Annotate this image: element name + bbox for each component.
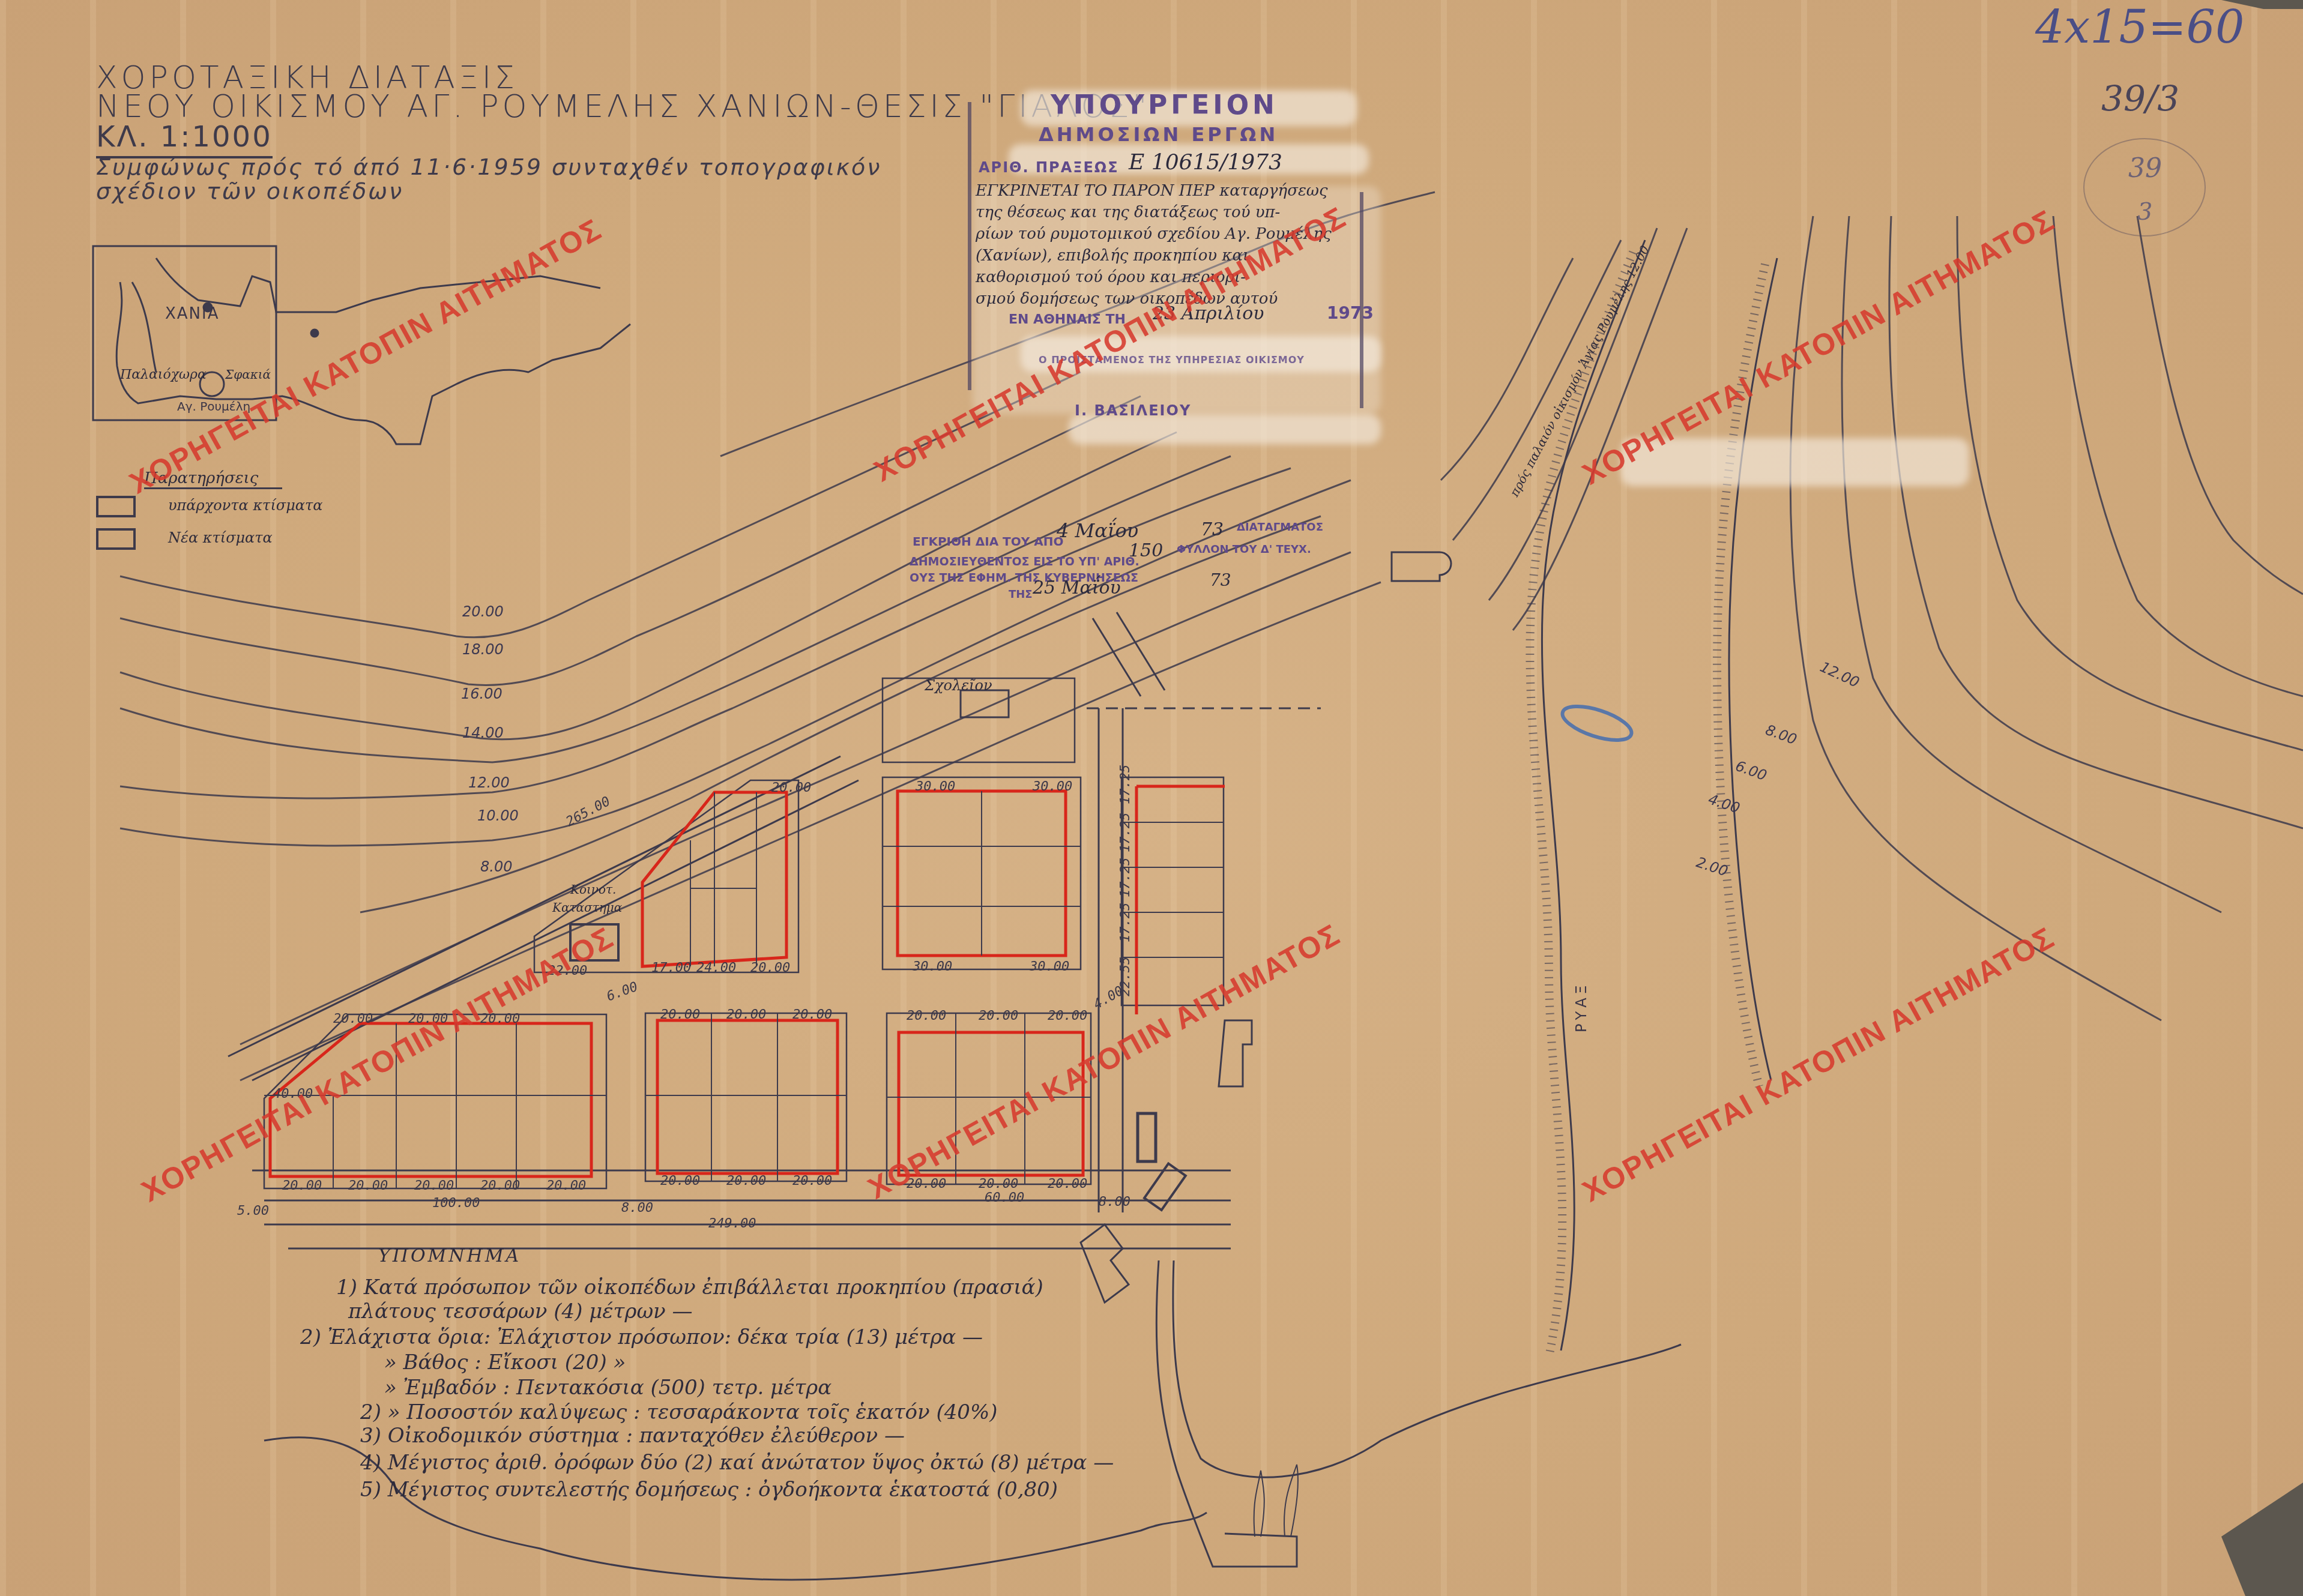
stamp-border-left	[968, 102, 971, 390]
tree-icon	[1254, 1471, 1264, 1537]
legend-swatch-existing	[96, 496, 136, 517]
dim-offset-5: 5.00	[237, 1203, 269, 1218]
dim-lower-left-t0: 20.00	[333, 1011, 373, 1026]
locator-label-chania: ΧΑΝΙΑ	[165, 305, 220, 323]
contour-label-14: 14.00	[462, 724, 504, 741]
dim-upper-sq-b0: 30.00	[913, 959, 952, 974]
dim-lower-left-b0: 20.00	[282, 1178, 322, 1193]
note-line-1: 1) Κατά πρόσωπον τῶν οἰκοπέδων ἐπιβάλλετ…	[336, 1275, 1043, 1299]
stamp-year: 1973	[1327, 303, 1374, 323]
dim-lower-right-t1: 20.00	[979, 1008, 1018, 1023]
dim-road-bottom: 249.00	[708, 1216, 756, 1231]
pub-line-4-prefix: ΤΗΣ	[1009, 588, 1033, 601]
note-line-7: 3) Οἰκοδομικόν σύστημα : πανταχόθεν ἐλεύ…	[360, 1424, 905, 1448]
dim-lower-left-b2: 20.00	[414, 1178, 454, 1193]
dim-offset-8a: 8.00	[621, 1200, 653, 1215]
dim-upper-trap-b1: 17.00	[651, 960, 691, 975]
dim-lower-mid-b2: 20.00	[792, 1173, 832, 1188]
legend-label-new: Νέα κτίσματα	[168, 529, 273, 546]
dim-lower-mid-b0: 20.00	[660, 1173, 700, 1188]
dim-strip-0: 17.25	[1118, 765, 1133, 804]
note-line-3: 2) Ἐλάχιστα ὅρια: Ἐλάχιστον πρόσωπον: δέ…	[300, 1325, 983, 1349]
dim-strip-1: 17.25	[1118, 813, 1133, 852]
contour-label-8: 8.00	[480, 858, 512, 875]
church-building	[1392, 552, 1451, 581]
subtitle-line-2: σχέδιον τῶν οικοπέδων	[96, 178, 403, 204]
legend-swatch-new	[96, 528, 136, 550]
dim-upper-trap-top: 20.00	[771, 780, 811, 795]
contour-label-16: 16.00	[461, 685, 503, 702]
note-line-2: πλάτους τεσσάρων (4) μέτρων —	[348, 1299, 693, 1323]
dim-strip-2: 17.25	[1118, 858, 1133, 897]
dim-lower-right-t2: 20.00	[1048, 1008, 1087, 1023]
stamp-ministry-line-2: ΔΗΜΟΣΙΩΝ ΕΡΓΩΝ	[1039, 123, 1278, 146]
note-line-5: » Ἐμβαδόν : Πεντακόσια (500) τετρ. μέτρα	[384, 1376, 832, 1400]
school-building	[961, 690, 1009, 717]
pub-line-2-suffix: ΦΥΛΛΟΝ ΤΟΥ Δ' ΤΕΥΧ.	[1177, 543, 1311, 556]
locator-label-sfakia: Σφακιά	[225, 367, 271, 382]
dim-lower-mid-b1: 20.00	[726, 1173, 766, 1188]
pub-line-1-year: 73	[1201, 519, 1224, 540]
pub-line-1-suffix: ΔΙΑΤΑΓΜΑΤΟΣ	[1237, 521, 1323, 534]
existing-building	[1138, 1113, 1156, 1161]
block-lower-middle	[645, 1013, 847, 1181]
dim-lower-left-b1: 20.00	[348, 1178, 388, 1193]
dim-upper-sq-b1: 30.00	[1030, 959, 1069, 974]
pub-line-4-year: 73	[1210, 570, 1231, 590]
dim-strip-3: 17.25	[1118, 903, 1133, 942]
pub-line-1-prefix: ΕΓΚΡΙΘΗ ΔΙΑ ΤΟΥ ΑΠΟ	[913, 534, 1063, 549]
dim-lower-right-b2: 20.00	[1048, 1176, 1087, 1191]
label-community-1: Κοινοτ.	[570, 882, 616, 897]
note-line-6: 2) » Ποσοστόν καλύψεως : τεσσαράκοντα το…	[360, 1400, 998, 1424]
corner-note-circle-top: 39	[2128, 153, 2162, 184]
dim-offset-60: 60.00	[985, 1190, 1024, 1205]
dim-upper-trap-b3: 20.00	[750, 960, 790, 975]
pub-line-1-date: 4 Μαΐου	[1057, 519, 1138, 542]
notes-heading: ΥΠΟΜΝΗΜΑ	[378, 1245, 521, 1266]
stamp-signature-name: Ι. ΒΑΣΙΛΕΙΟΥ	[1075, 402, 1191, 419]
note-line-8: 4) Μέγιστος ἀριθ. ὀρόφων δύο (2) καί ἀνώ…	[360, 1451, 1114, 1475]
dim-lower-left-b4: 20.00	[546, 1178, 586, 1193]
dim-road-segment: 100.00	[432, 1196, 480, 1211]
dim-lower-right-b1: 20.00	[979, 1176, 1018, 1191]
contour-label-20: 20.00	[462, 603, 504, 620]
dim-lower-right-t0: 20.00	[907, 1008, 946, 1023]
pub-line-4-date: 25 Μαΐου	[1033, 577, 1121, 598]
map-scale: ΚΛ. 1:1000	[96, 120, 273, 158]
existing-building	[1219, 1020, 1252, 1086]
stamp-act-number: Ε 10615/1973	[1129, 150, 1282, 175]
dim-upper-sq-t1: 30.00	[1033, 779, 1072, 794]
contour-label-10: 10.00	[477, 807, 519, 824]
stamp-ministry-line-1: ΥΠΟΥΡΓΕΙΟΝ	[1051, 90, 1278, 121]
corner-note-top: 4x15=60	[2035, 0, 2244, 53]
pub-line-2-number: 150	[1129, 540, 1163, 561]
label-school: Σχολεῖον	[925, 677, 992, 694]
block-upper-right-strip	[1121, 777, 1225, 1014]
corner-note-ref: 39/3	[2101, 78, 2179, 119]
dim-upper-trap-b2: 24.00	[696, 960, 736, 975]
dim-lower-mid-t2: 20.00	[792, 1007, 832, 1022]
block-upper-square	[883, 777, 1081, 969]
dim-lower-mid-t1: 20.00	[726, 1007, 766, 1022]
dim-lower-left-b3: 20.00	[480, 1178, 520, 1193]
contour-label-18: 18.00	[462, 641, 504, 658]
note-line-9: 5) Μέγιστος συντελεστής δομήσεως : ὀγδοή…	[360, 1478, 1058, 1502]
subtitle-line-1: Συμφώνως πρός τό άπό 11·6·1959 συνταχθέν…	[96, 154, 882, 180]
blue-ink-mark	[1559, 700, 1635, 747]
dim-upper-sq-t0: 30.00	[916, 779, 955, 794]
dim-lower-mid-t0: 20.00	[660, 1007, 700, 1022]
label-community-2: Κατάστημα	[552, 900, 622, 915]
label-gorge: ΡΥΑΞ	[1573, 981, 1590, 1032]
existing-building	[1081, 1224, 1129, 1302]
stamp-act-label: ΑΡΙΘ. ΠΡΑΞΕΩΣ	[979, 159, 1119, 176]
pub-line-2-prefix: ΔΗΜΟΣΙΕΥΘΕΝΤΟΣ ΕΙΣ ΤΟ ΥΠ' ΑΡΙΘ.	[910, 555, 1139, 568]
contour-label-12: 12.00	[468, 774, 510, 791]
dim-strip-4: 22.55	[1118, 957, 1133, 996]
dim-offset-8b: 8.00	[1099, 1194, 1130, 1209]
title-line-2: ΝΕΟΥ ΟΙΚΙΣΜΟΥ ΑΓ. ΡΟΥΜΕΛΗΣ ΧΑΝΙΩΝ-ΘΕΣΙΣ …	[96, 89, 1150, 125]
note-line-4: » Βάθος : Εἴκοσι (20) »	[384, 1351, 626, 1375]
legend-label-existing: υπάρχοντα κτίσματα	[168, 497, 322, 514]
stamp-border-right	[1360, 192, 1363, 408]
corner-note-circle-bottom: 3	[2137, 198, 2152, 226]
torn-corner	[2221, 1483, 2303, 1596]
locator-label-paleochora: Παλαιόχωρα	[120, 367, 207, 382]
